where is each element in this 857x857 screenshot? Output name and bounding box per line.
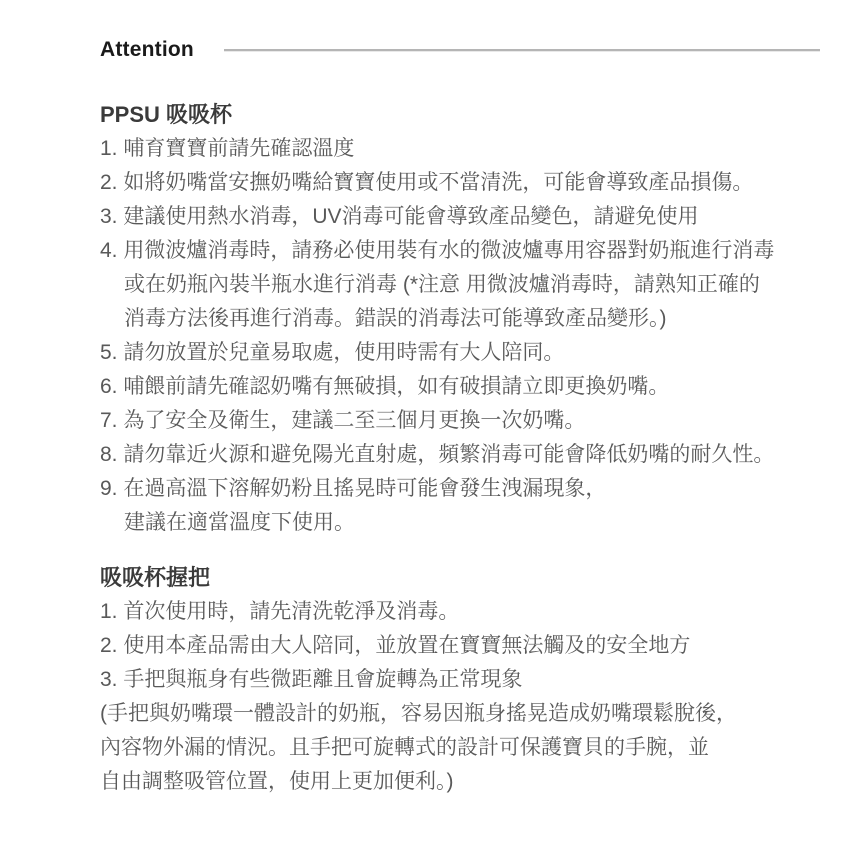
section-ppsu-cup: PPSU 吸吸杯 1. 哺育寶寶前請先確認溫度 2. 如將奶嘴當安撫奶嘴給寶寶使…: [100, 98, 820, 540]
instruction-line: 8. 請勿靠近火源和避免陽光直射處，頻繁消毒可能會降低奶嘴的耐久性。: [100, 438, 820, 472]
attention-notes-page: Attention PPSU 吸吸杯 1. 哺育寶寶前請先確認溫度 2. 如將奶…: [0, 0, 857, 857]
instruction-line: 9. 在過高溫下溶解奶粉且搖晃時可能會發生洩漏現象，: [100, 472, 820, 506]
instruction-note-line: 自由調整吸管位置，使用上更加便利。): [100, 765, 820, 799]
instruction-line-continuation: 消毒方法後再進行消毒。錯誤的消毒法可能導致產品變形。): [100, 302, 820, 336]
instruction-line: 4. 用微波爐消毒時，請務必使用裝有水的微波爐專用容器對奶瓶進行消毒: [100, 234, 820, 268]
instruction-line-continuation: 或在奶瓶內裝半瓶水進行消毒 (*注意 用微波爐消毒時，請熟知正確的: [100, 268, 820, 302]
instruction-note-line: 內容物外漏的情況。且手把可旋轉式的設計可保護寶貝的手腕，並: [100, 731, 820, 765]
instruction-line: 3. 手把與瓶身有些微距離且會旋轉為正常現象: [100, 663, 820, 697]
page-title: Attention: [100, 38, 194, 62]
header-divider-line: [224, 49, 820, 52]
instruction-line: 3. 建議使用熱水消毒，UV消毒可能會導致產品變色，請避免使用: [100, 200, 820, 234]
instruction-line: 1. 哺育寶寶前請先確認溫度: [100, 132, 820, 166]
instruction-line: 5. 請勿放置於兒童易取處，使用時需有大人陪同。: [100, 336, 820, 370]
instruction-note-line: (手把與奶嘴環一體設計的奶瓶，容易因瓶身搖晃造成奶嘴環鬆脫後，: [100, 697, 820, 731]
section-heading-ppsu-cup: PPSU 吸吸杯: [100, 98, 820, 132]
header: Attention: [100, 36, 820, 64]
instruction-line-continuation: 建議在適當溫度下使用。: [100, 506, 820, 540]
instruction-line: 7. 為了安全及衛生，建議二至三個月更換一次奶嘴。: [100, 404, 820, 438]
content-column: Attention PPSU 吸吸杯 1. 哺育寶寶前請先確認溫度 2. 如將奶…: [100, 36, 820, 799]
section-heading-cup-handle: 吸吸杯握把: [100, 561, 820, 595]
instruction-line: 6. 哺餵前請先確認奶嘴有無破損，如有破損請立即更換奶嘴。: [100, 370, 820, 404]
instruction-line: 1. 首次使用時，請先清洗乾淨及消毒。: [100, 595, 820, 629]
instruction-line: 2. 如將奶嘴當安撫奶嘴給寶寶使用或不當清洗，可能會導致產品損傷。: [100, 166, 820, 200]
instruction-line: 2. 使用本產品需由大人陪同，並放置在寶寶無法觸及的安全地方: [100, 629, 820, 663]
section-cup-handle: 吸吸杯握把 1. 首次使用時，請先清洗乾淨及消毒。 2. 使用本產品需由大人陪同…: [100, 561, 820, 799]
